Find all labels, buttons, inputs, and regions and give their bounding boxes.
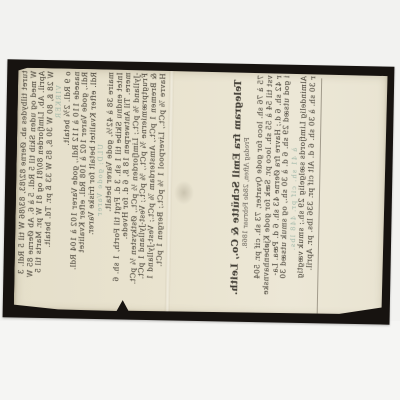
telegram-article: Telegram fra Emil Schütte & Co., Leith. … xyxy=(229,75,322,318)
market-report-column: turet tilbydes ab. Øerne 82/83, 83/86 W … xyxy=(17,71,168,315)
newspaper-clipping: turet tilbydes ab. Øerne 82/83, 83/86 W … xyxy=(14,68,389,319)
telegram-body: 75 à 76 sh. loco for gode Qvarter, 73 sh… xyxy=(253,75,318,317)
paper-stain xyxy=(174,181,194,205)
photo-black-mat: turet tilbydes ab. Øerne 82/83, 83/86 W … xyxy=(3,59,395,324)
auction-photo-view: turet tilbydes ab. Øerne 82/83, 83/86 W … xyxy=(0,0,400,400)
clipping-content-rotated: turet tilbydes ab. Øerne 82/83, 83/86 W … xyxy=(14,68,389,319)
background-band-bottom xyxy=(0,321,400,400)
